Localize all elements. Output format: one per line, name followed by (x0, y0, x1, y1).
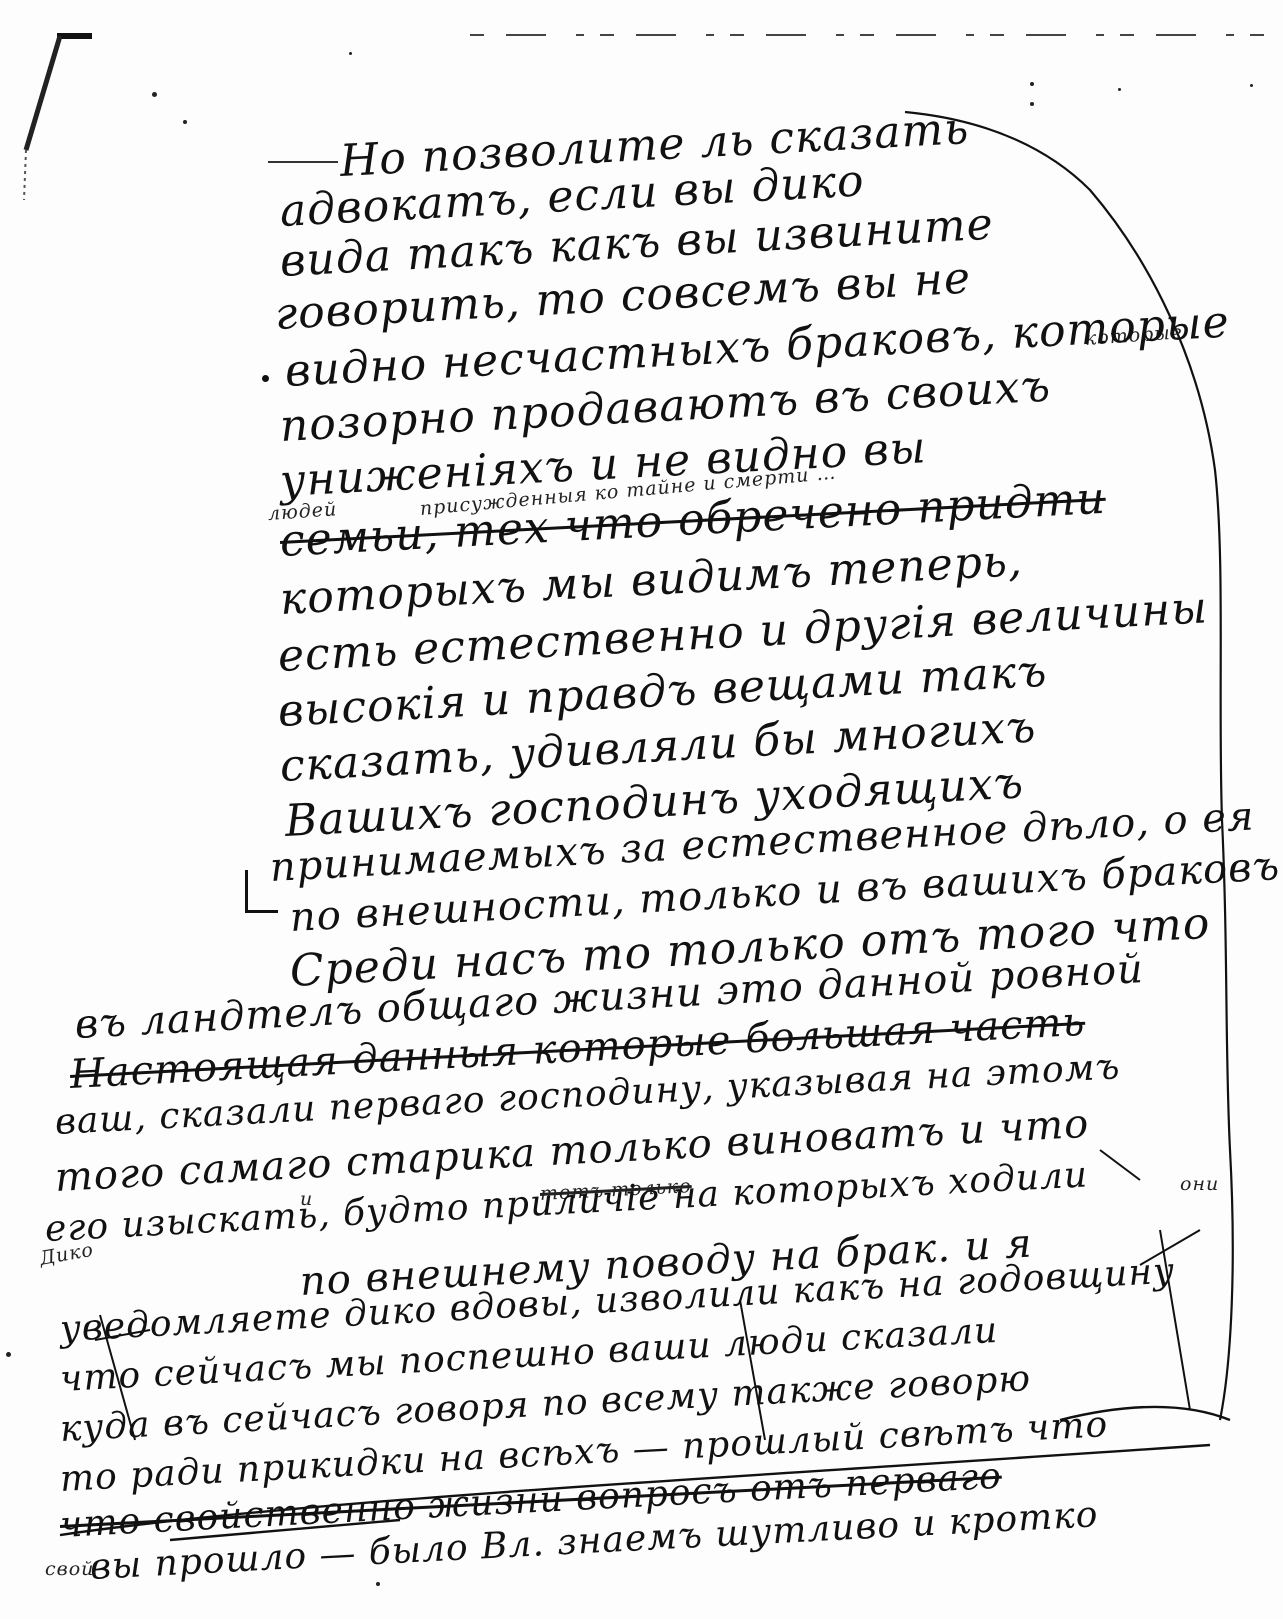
scan-speck (376, 1582, 380, 1586)
paper-edge (470, 30, 1283, 40)
scan-speck (6, 1352, 11, 1357)
manuscript-page: Но позволите ль сказать адвокатъ, если в… (0, 0, 1283, 1619)
scan-speck (1118, 88, 1121, 91)
scan-speck (349, 52, 352, 55)
corner-mark-icon (12, 30, 92, 200)
scan-speck (183, 120, 187, 124)
scan-speck (1030, 82, 1034, 86)
opening-dash (268, 161, 338, 163)
interlinear-insertion: они (1180, 1175, 1219, 1194)
margin-note: свой (45, 1560, 94, 1579)
margin-dot (262, 375, 269, 382)
scan-speck (152, 92, 157, 97)
scan-speck (1030, 102, 1034, 106)
scan-speck (1250, 84, 1253, 87)
